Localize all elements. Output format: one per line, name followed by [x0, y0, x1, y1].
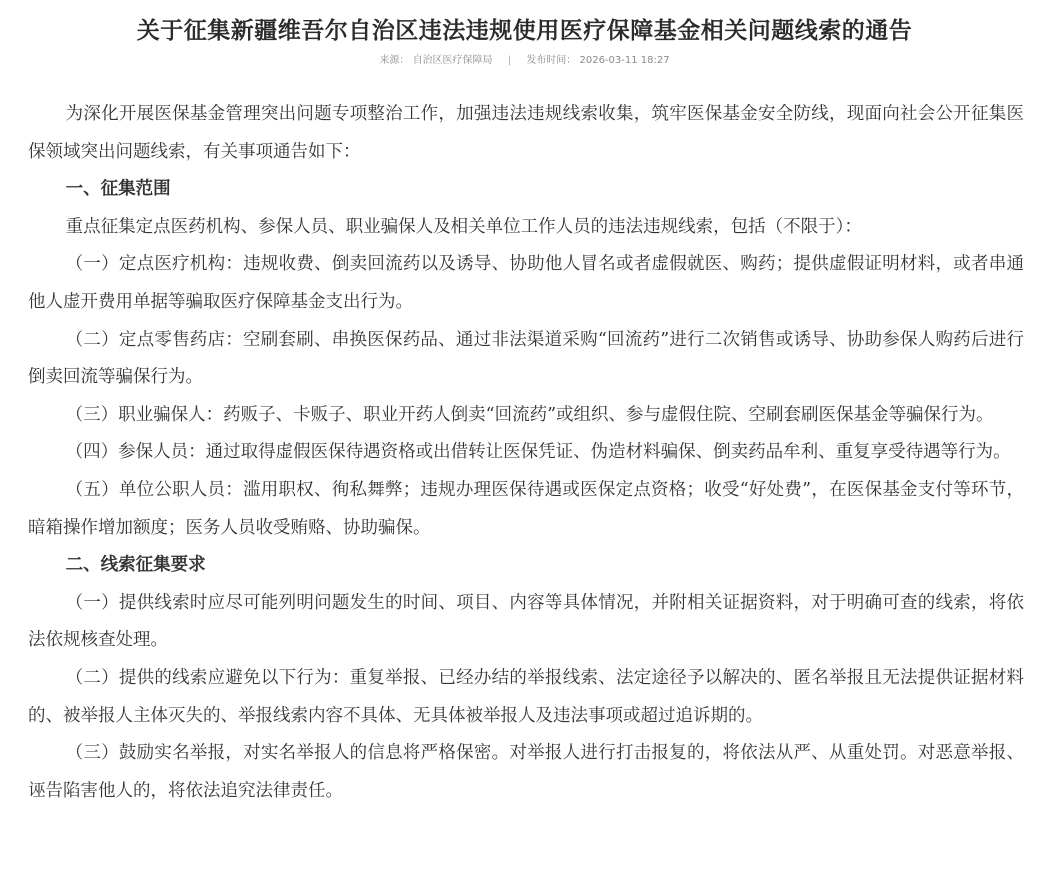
article-header: 关于征集新疆维吾尔自治区违法违规使用医疗保障基金相关问题线索的通告 来源： 自治… — [0, 0, 1049, 68]
article-title: 关于征集新疆维吾尔自治区违法违规使用医疗保障基金相关问题线索的通告 — [0, 14, 1049, 48]
scope-item-medical-institutions: （一）定点医疗机构：违规收费、倒卖回流药以及诱导、协助他人冒名或者虚假就医、购药… — [28, 246, 1024, 321]
article-body: 为深化开展医保基金管理突出问题专项整治工作，加强违法违规线索收集，筑牢医保基金安… — [28, 96, 1024, 810]
meta-separator: | — [508, 54, 511, 68]
intro-paragraph: 为深化开展医保基金管理突出问题专项整治工作，加强违法违规线索收集，筑牢医保基金安… — [28, 96, 1024, 171]
scope-item-public-officials: （五）单位公职人员：滥用职权、徇私舞弊；违规办理医保待遇或医保定点资格；收受“好… — [28, 472, 1024, 547]
publish-time-label: 发布时间： — [526, 55, 576, 66]
article-meta: 来源： 自治区医疗保障局 | 发布时间： 2026-03-11 18:27 — [0, 54, 1049, 68]
section-lead-scope: 重点征集定点医药机构、参保人员、职业骗保人及相关单位工作人员的违法违规线索，包括… — [28, 209, 1024, 247]
section-heading-requirements: 二、线索征集要求 — [28, 547, 1024, 585]
scope-item-insured-persons: （四）参保人员：通过取得虚假医保待遇资格或出借转让医保凭证、伪造材料骗保、倒卖药… — [28, 434, 1024, 472]
requirement-item-exclusions: （二）提供的线索应避免以下行为：重复举报、已经办结的举报线索、法定途径予以解决的… — [28, 660, 1024, 735]
scope-item-retail-pharmacies: （二）定点零售药店：空刷套刷、串换医保药品、通过非法渠道采购“回流药”进行二次销… — [28, 322, 1024, 397]
requirement-item-real-name: （三）鼓励实名举报，对实名举报人的信息将严格保密。对举报人进行打击报复的，将依法… — [28, 735, 1024, 810]
publish-time-value: 2026-03-11 18:27 — [580, 55, 670, 66]
source-value: 自治区医疗保障局 — [413, 55, 493, 66]
source-label: 来源： — [379, 55, 409, 66]
scope-item-professional-fraudsters: （三）职业骗保人：药贩子、卡贩子、职业开药人倒卖“回流药”或组织、参与虚假住院、… — [28, 397, 1024, 435]
requirement-item-details: （一）提供线索时应尽可能列明问题发生的时间、项目、内容等具体情况，并附相关证据资… — [28, 585, 1024, 660]
section-heading-scope: 一、征集范围 — [28, 171, 1024, 209]
